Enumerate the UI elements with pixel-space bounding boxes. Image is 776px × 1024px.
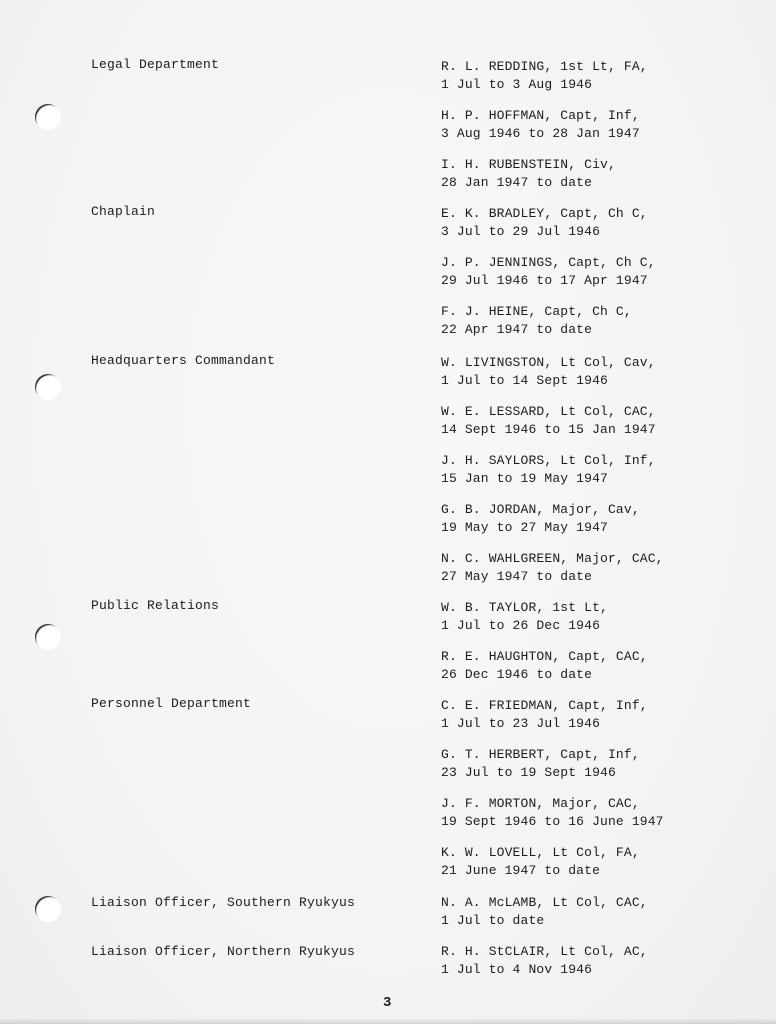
officer-term: 19 Sept 1946 to 16 June 1947 bbox=[441, 813, 664, 831]
officer-name-rank: N. C. WAHLGREEN, Major, CAC, bbox=[441, 550, 664, 568]
officer-term: 1 Jul to 14 Sept 1946 bbox=[441, 372, 656, 390]
officer-term: 26 Dec 1946 to date bbox=[441, 666, 648, 684]
officer-name-rank: W. E. LESSARD, Lt Col, CAC, bbox=[441, 403, 656, 421]
punch-hole-mark bbox=[35, 624, 61, 650]
officer-term: 21 June 1947 to date bbox=[441, 862, 640, 880]
officer-term: 1 Jul to 4 Nov 1946 bbox=[441, 961, 648, 979]
officer-name-rank: N. A. McLAMB, Lt Col, CAC, bbox=[441, 894, 648, 912]
officer-term: 14 Sept 1946 to 15 Jan 1947 bbox=[441, 421, 656, 439]
officer-name-rank: W. B. TAYLOR, 1st Lt, bbox=[441, 599, 608, 617]
officer-term: 15 Jan to 19 May 1947 bbox=[441, 470, 656, 488]
officer-name-rank: J. H. SAYLORS, Lt Col, Inf, bbox=[441, 452, 656, 470]
officer-term: 1 Jul to 23 Jul 1946 bbox=[441, 715, 648, 733]
officer-term: 3 Aug 1946 to 28 Jan 1947 bbox=[441, 125, 640, 143]
officer-name-rank: R. H. StCLAIR, Lt Col, AC, bbox=[441, 943, 648, 961]
punch-hole-mark bbox=[35, 896, 61, 922]
officer-name-rank: W. LIVINGSTON, Lt Col, Cav, bbox=[441, 354, 656, 372]
officer-name-rank: R. L. REDDING, 1st Lt, FA, bbox=[441, 58, 648, 76]
officer-term: 27 May 1947 to date bbox=[441, 568, 664, 586]
page-number: 3 bbox=[383, 995, 391, 1011]
punch-hole-mark bbox=[35, 374, 61, 400]
officer-term: 23 Jul to 19 Sept 1946 bbox=[441, 764, 640, 782]
department-label: Liaison Officer, Northern Ryukyus bbox=[91, 943, 355, 960]
department-label: Personnel Department bbox=[91, 695, 251, 712]
officer-term: 1 Jul to 26 Dec 1946 bbox=[441, 617, 608, 635]
department-label: Legal Department bbox=[91, 56, 219, 73]
officer-term: 1 Jul to 3 Aug 1946 bbox=[441, 76, 648, 94]
officer-term: 19 May to 27 May 1947 bbox=[441, 519, 640, 537]
punch-hole-mark bbox=[35, 104, 61, 130]
officer-name-rank: G. T. HERBERT, Capt, Inf, bbox=[441, 746, 640, 764]
officer-name-rank: G. B. JORDAN, Major, Cav, bbox=[441, 501, 640, 519]
officer-term: 3 Jul to 29 Jul 1946 bbox=[441, 223, 648, 241]
officer-name-rank: E. K. BRADLEY, Capt, Ch C, bbox=[441, 205, 648, 223]
officer-name-rank: C. E. FRIEDMAN, Capt, Inf, bbox=[441, 697, 648, 715]
department-label: Public Relations bbox=[91, 597, 219, 614]
department-label: Liaison Officer, Southern Ryukyus bbox=[91, 894, 355, 911]
department-label: Headquarters Commandant bbox=[91, 352, 275, 369]
officer-name-rank: H. P. HOFFMAN, Capt, Inf, bbox=[441, 107, 640, 125]
officer-term: 1 Jul to date bbox=[441, 912, 648, 930]
document-page: Legal Department R. L. REDDING, 1st Lt, … bbox=[0, 0, 776, 1024]
officer-term: 28 Jan 1947 to date bbox=[441, 174, 616, 192]
department-label: Chaplain bbox=[91, 203, 155, 220]
officer-name-rank: I. H. RUBENSTEIN, Civ, bbox=[441, 156, 616, 174]
page-bottom-edge bbox=[0, 1018, 776, 1024]
officer-name-rank: J. P. JENNINGS, Capt, Ch C, bbox=[441, 254, 656, 272]
officer-term: 22 Apr 1947 to date bbox=[441, 321, 632, 339]
officer-term: 29 Jul 1946 to 17 Apr 1947 bbox=[441, 272, 656, 290]
officer-name-rank: R. E. HAUGHTON, Capt, CAC, bbox=[441, 648, 648, 666]
officer-name-rank: F. J. HEINE, Capt, Ch C, bbox=[441, 303, 632, 321]
officer-name-rank: K. W. LOVELL, Lt Col, FA, bbox=[441, 844, 640, 862]
officer-name-rank: J. F. MORTON, Major, CAC, bbox=[441, 795, 664, 813]
